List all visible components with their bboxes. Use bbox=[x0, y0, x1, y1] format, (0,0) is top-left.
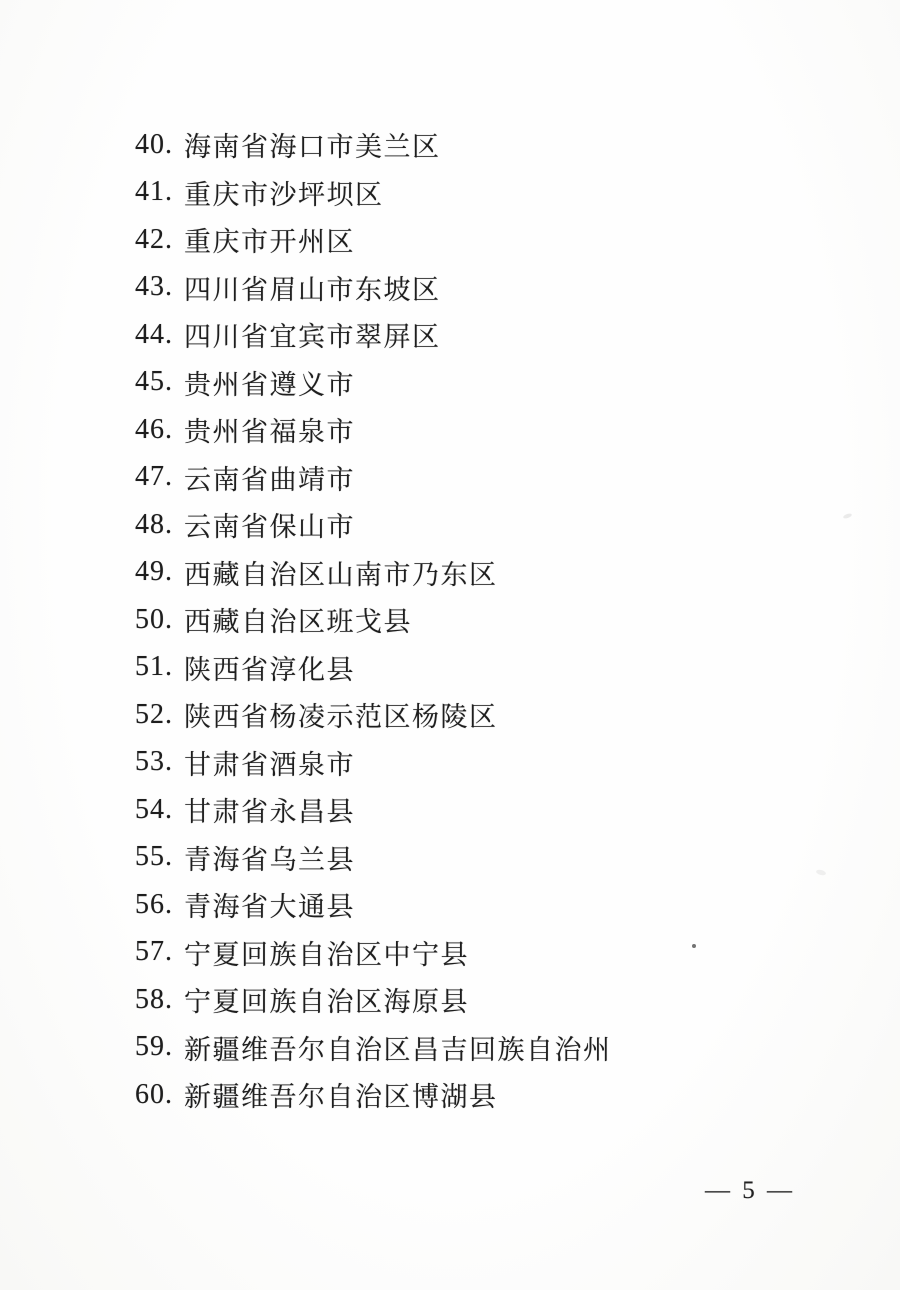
list-item-number: 50. bbox=[135, 604, 184, 636]
list-item-text: 重庆市开州区 bbox=[184, 220, 355, 259]
list-item-number: 45. bbox=[135, 366, 184, 398]
list-item-text: 青海省大通县 bbox=[184, 885, 355, 924]
list-item-number: 57. bbox=[135, 936, 184, 968]
list-item: 52. 陕西省杨凌示范区杨陵区 bbox=[135, 691, 840, 739]
list-item-text: 新疆维吾尔自治区昌吉回族自治州 bbox=[184, 1028, 612, 1067]
list-item: 58. 宁夏回族自治区海原县 bbox=[135, 976, 840, 1024]
list-item-number: 55. bbox=[135, 841, 184, 873]
list-item-number: 58. bbox=[135, 984, 184, 1016]
list-item: 41. 重庆市沙坪坝区 bbox=[135, 169, 840, 217]
list-item: 47. 云南省曲靖市 bbox=[135, 454, 840, 502]
list-item-text: 陕西省杨凌示范区杨陵区 bbox=[184, 695, 498, 734]
list-item-text: 新疆维吾尔自治区博湖县 bbox=[184, 1075, 498, 1114]
list-item-text: 贵州省福泉市 bbox=[184, 410, 355, 449]
list-item: 46. 贵州省福泉市 bbox=[135, 406, 840, 454]
list-item-text: 甘肃省酒泉市 bbox=[184, 743, 355, 782]
document-page: 40. 海南省海口市美兰区 41. 重庆市沙坪坝区 42. 重庆市开州区 43.… bbox=[0, 0, 900, 1290]
list-item-number: 46. bbox=[135, 414, 184, 446]
list-item: 54. 甘肃省永昌县 bbox=[135, 786, 840, 834]
list-item-number: 42. bbox=[135, 224, 184, 256]
list-item-number: 49. bbox=[135, 556, 184, 588]
list-item: 45. 贵州省遵义市 bbox=[135, 359, 840, 407]
list-item-text: 海南省海口市美兰区 bbox=[184, 125, 441, 164]
scan-artifact bbox=[843, 513, 853, 520]
list-item: 59. 新疆维吾尔自治区昌吉回族自治州 bbox=[135, 1024, 840, 1072]
list-item: 53. 甘肃省酒泉市 bbox=[135, 739, 840, 787]
list-item-text: 西藏自治区班戈县 bbox=[184, 600, 412, 639]
list-item-text: 甘肃省永昌县 bbox=[184, 790, 355, 829]
list-item-text: 四川省眉山市东坡区 bbox=[184, 268, 441, 307]
list-item-text: 重庆市沙坪坝区 bbox=[184, 173, 384, 212]
list-item: 51. 陕西省淳化县 bbox=[135, 644, 840, 692]
region-list: 40. 海南省海口市美兰区 41. 重庆市沙坪坝区 42. 重庆市开州区 43.… bbox=[135, 121, 840, 1119]
list-item: 43. 四川省眉山市东坡区 bbox=[135, 264, 840, 312]
list-item: 55. 青海省乌兰县 bbox=[135, 834, 840, 882]
list-item: 42. 重庆市开州区 bbox=[135, 216, 840, 264]
list-item-number: 60. bbox=[135, 1079, 184, 1111]
list-item-number: 44. bbox=[135, 319, 184, 351]
list-item-number: 59. bbox=[135, 1031, 184, 1063]
list-item: 57. 宁夏回族自治区中宁县 bbox=[135, 929, 840, 977]
list-item-text: 四川省宜宾市翠屏区 bbox=[184, 315, 441, 354]
list-item-text: 青海省乌兰县 bbox=[184, 838, 355, 877]
list-item-text: 宁夏回族自治区海原县 bbox=[184, 980, 469, 1019]
list-item-number: 47. bbox=[135, 461, 184, 493]
list-item-number: 43. bbox=[135, 271, 184, 303]
list-item-text: 宁夏回族自治区中宁县 bbox=[184, 933, 469, 972]
list-item-number: 41. bbox=[135, 176, 184, 208]
list-item: 49. 西藏自治区山南市乃东区 bbox=[135, 549, 840, 597]
list-item-text: 云南省曲靖市 bbox=[184, 458, 355, 497]
scan-artifact bbox=[338, 486, 342, 489]
list-item-number: 40. bbox=[135, 129, 184, 161]
list-item: 48. 云南省保山市 bbox=[135, 501, 840, 549]
list-item: 44. 四川省宜宾市翠屏区 bbox=[135, 311, 840, 359]
scan-artifact bbox=[692, 944, 696, 948]
list-item-number: 51. bbox=[135, 651, 184, 683]
list-item: 50. 西藏自治区班戈县 bbox=[135, 596, 840, 644]
list-item-text: 陕西省淳化县 bbox=[184, 648, 355, 687]
list-item-number: 56. bbox=[135, 889, 184, 921]
list-item: 56. 青海省大通县 bbox=[135, 881, 840, 929]
list-item-number: 52. bbox=[135, 699, 184, 731]
list-item-text: 西藏自治区山南市乃东区 bbox=[184, 553, 498, 592]
list-item-number: 54. bbox=[135, 794, 184, 826]
list-item: 40. 海南省海口市美兰区 bbox=[135, 121, 840, 169]
list-item: 60. 新疆维吾尔自治区博湖县 bbox=[135, 1071, 840, 1119]
page-number: — 5 — bbox=[660, 1177, 840, 1205]
list-item-text: 云南省保山市 bbox=[184, 505, 355, 544]
list-item-number: 53. bbox=[135, 746, 184, 778]
list-item-text: 贵州省遵义市 bbox=[184, 363, 355, 402]
list-item-number: 48. bbox=[135, 509, 184, 541]
